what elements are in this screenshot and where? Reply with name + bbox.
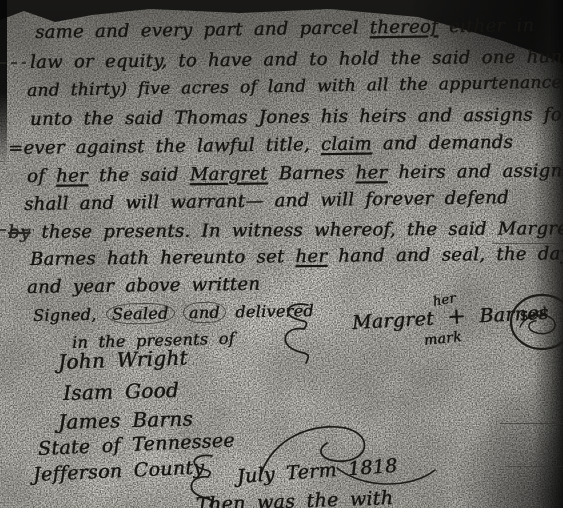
line-segment-underlined: Margret (190, 163, 268, 185)
line-segment: either in (438, 15, 535, 37)
line-segment: Barnes hath hereunto set (30, 246, 296, 270)
scan-bottom-right-shadow (453, 378, 563, 508)
jurat-term-line: July Term 1818 (236, 455, 398, 488)
witness-signature: John Wright (58, 345, 189, 374)
line-segment-struck: by (8, 222, 30, 243)
line-segment: July Term 1818 (236, 455, 398, 488)
line-segment: and year above written (27, 274, 260, 298)
signature-mark-label: mark (423, 329, 462, 349)
signature-name: Margret (351, 308, 434, 334)
manuscript-line: by these presents. In witness whereof, t… (8, 218, 563, 243)
line-segment: hand and seal, the day (327, 243, 563, 267)
manuscript-line: of her the said Margret Barnes her heirs… (27, 160, 563, 187)
attestation-line: Signed, Sealed and delivered (33, 301, 314, 325)
line-segment: Barnes (268, 163, 356, 185)
line-segment-underlined: her (355, 162, 387, 183)
line-segment: these presents. In witness whereof, the … (30, 218, 563, 243)
line-segment: and demands (372, 132, 513, 155)
line-segment: the said (88, 164, 190, 186)
line-segment: Jefferson County (33, 457, 205, 486)
line-segment-underlined: her (295, 246, 327, 267)
line-segment-underlined: claim (321, 134, 372, 156)
line-segment: Signed, (33, 305, 107, 325)
line-segment: mark (423, 329, 462, 349)
line-segment-circled: and (183, 302, 226, 324)
line-segment: delivered (225, 301, 314, 322)
witness-signature: James Barns (58, 406, 194, 434)
jurat-county-line: Jefferson County (33, 457, 205, 486)
scan-left-border (0, 0, 7, 170)
jurat-state-line: State of Tennessee (38, 429, 236, 460)
line-segment-circled: Sealed (106, 303, 175, 325)
line-segment: =ever against the lawful title, (8, 134, 321, 159)
signature-cross-mark: + (445, 304, 469, 330)
stray-dash-mark (0, 62, 26, 64)
manuscript-line: Barnes hath hereunto set her hand and se… (30, 243, 563, 270)
manuscript-line: shall and will warrant— and will forever… (24, 187, 509, 215)
document-scan: same and every part and parcel thereof e… (0, 0, 563, 508)
partial-bottom-line: Then was the with (196, 487, 394, 508)
line-segment-underlined: thereof (370, 16, 439, 38)
line-segment: of (27, 166, 56, 187)
line-segment: State of Tennessee (38, 429, 236, 460)
line-segment: Then was the with (196, 487, 394, 508)
scratch-line (500, 423, 563, 424)
line-segment: James Barns (58, 406, 194, 434)
line-segment-underlined: her (56, 165, 88, 186)
scratch-line (505, 466, 563, 467)
line-segment: heirs and assigns (387, 160, 563, 183)
line-segment: John Wright (58, 345, 189, 374)
line-segment: Isam Good (63, 378, 180, 405)
witness-signature: Isam Good (63, 378, 180, 405)
line-segment: shall and will warrant— and will forever… (24, 187, 509, 215)
manuscript-line: and year above written (27, 274, 260, 298)
